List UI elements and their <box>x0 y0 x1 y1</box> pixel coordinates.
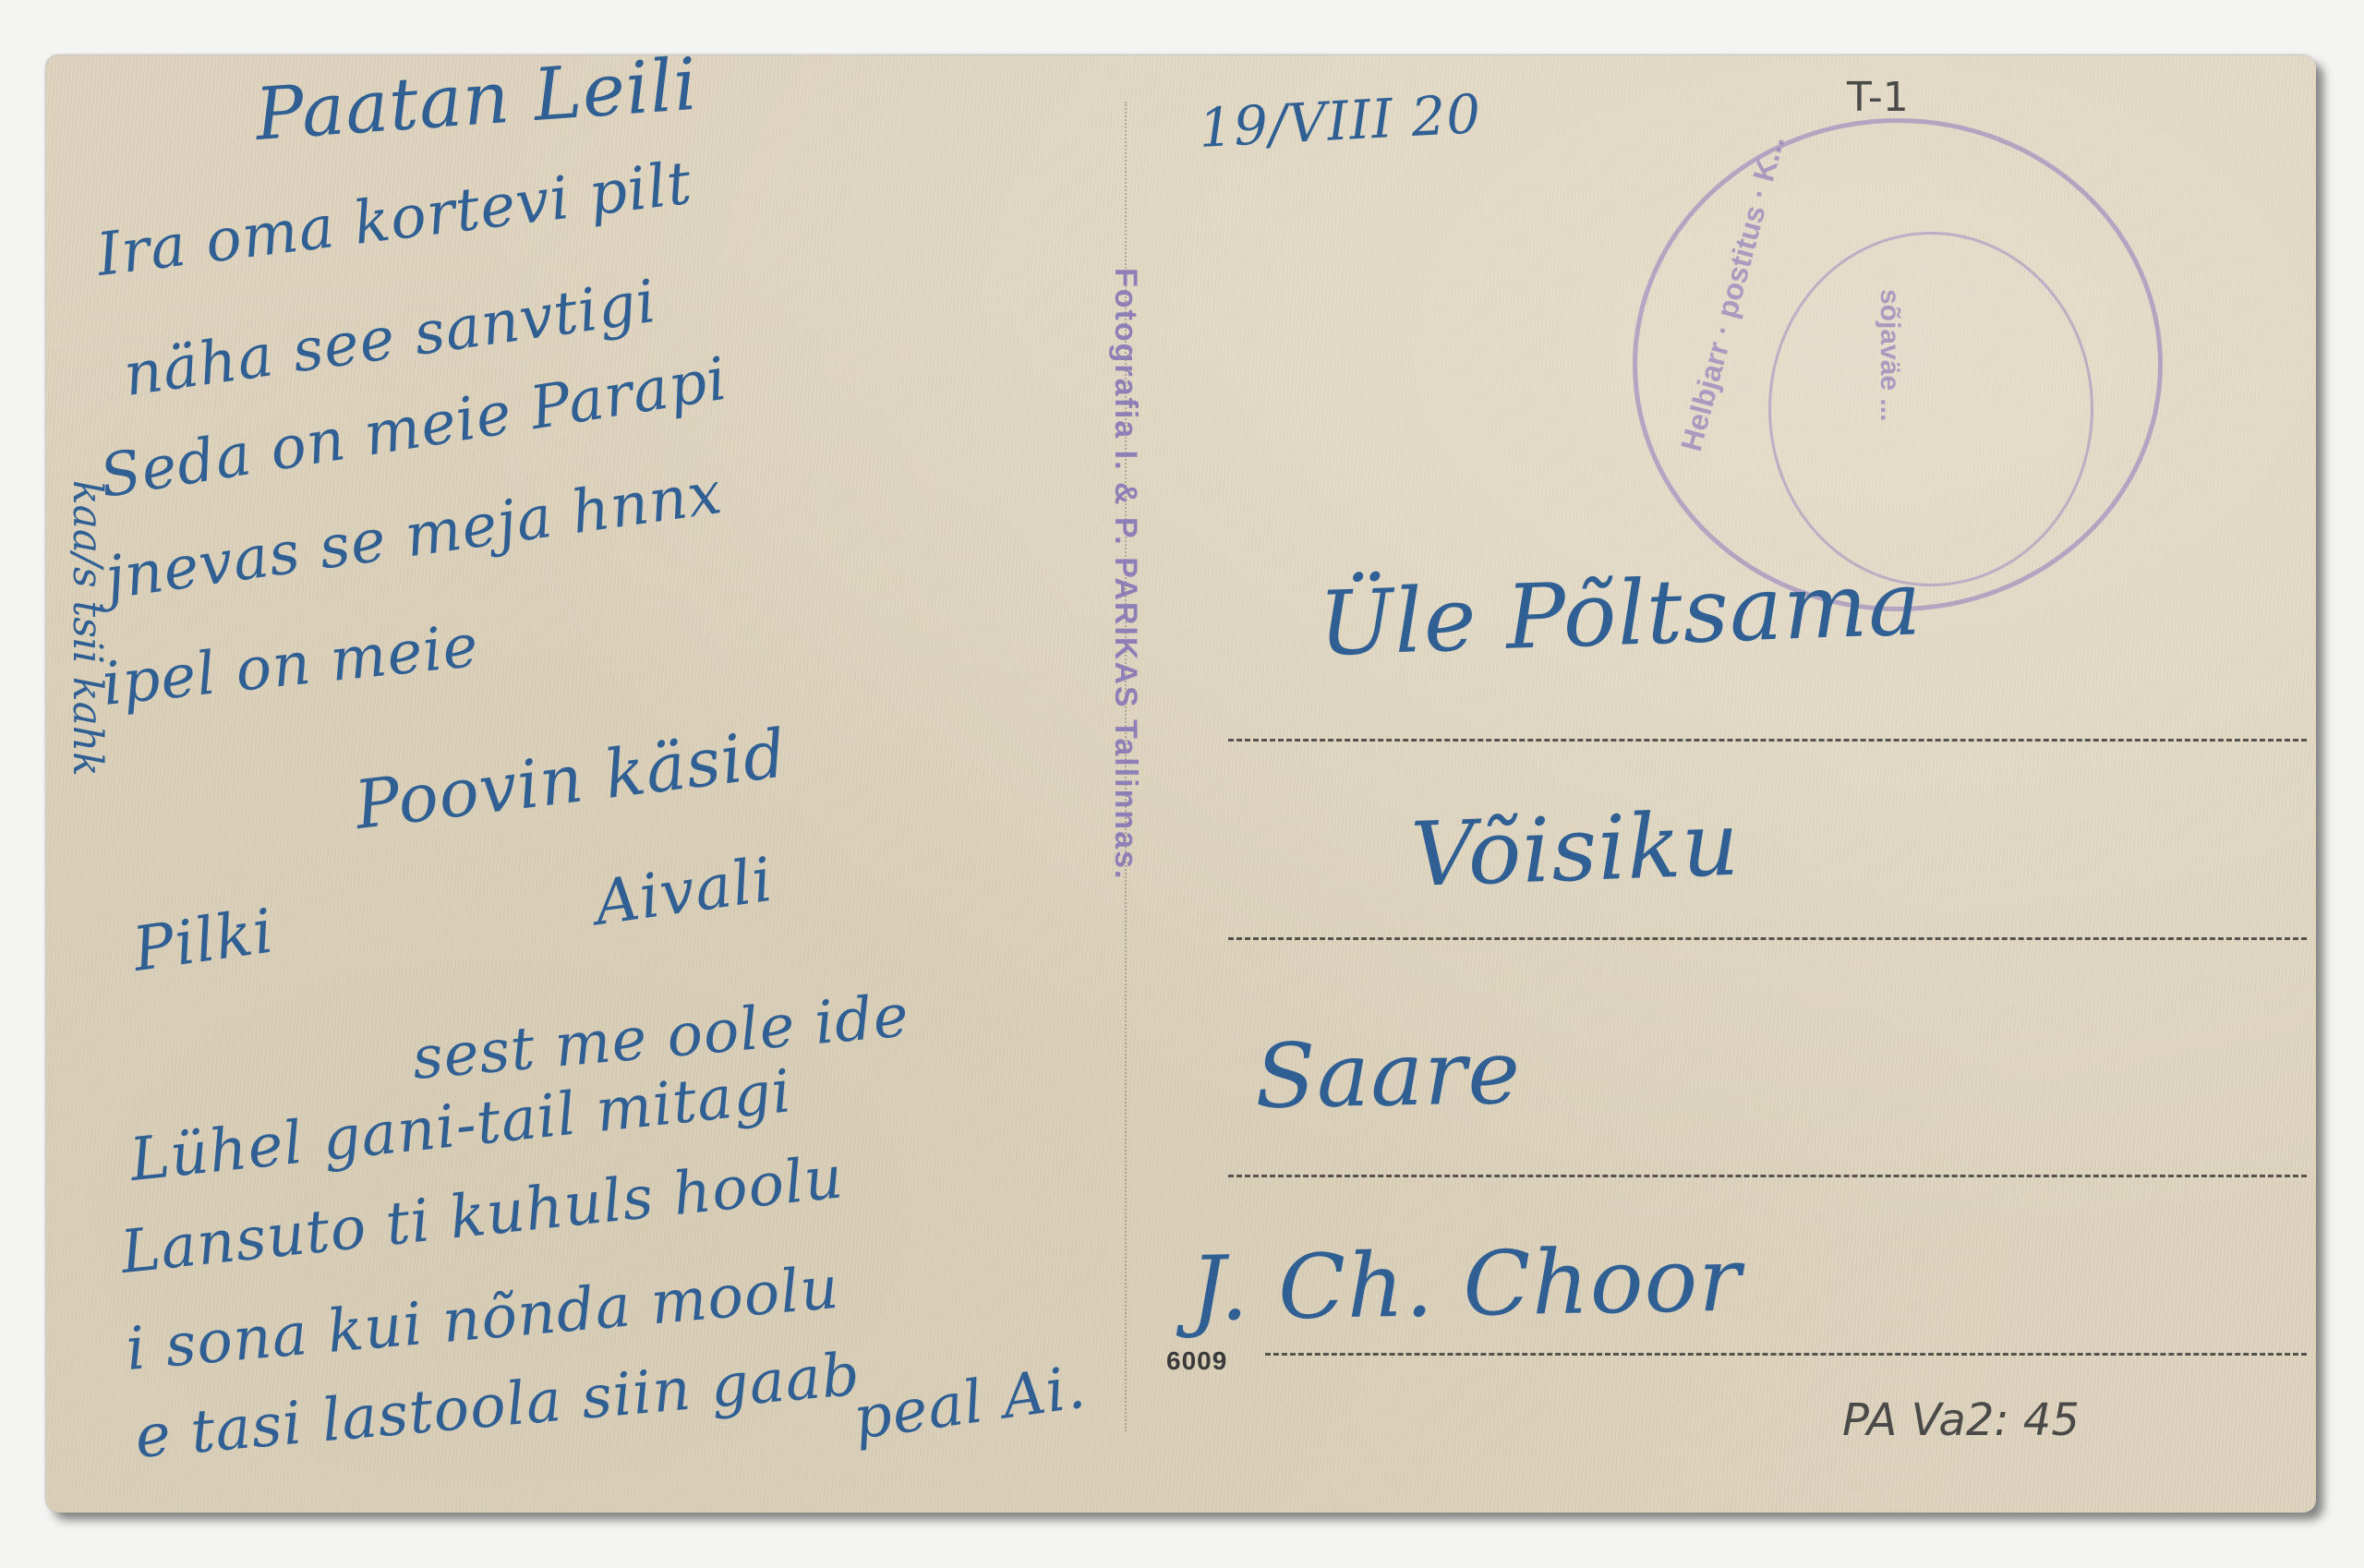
postmark-inner-ring <box>1768 232 2093 586</box>
address-rule <box>1228 937 2307 940</box>
print-number: 6009 <box>1166 1346 1227 1376</box>
postmark-stamp: Helbjarr · postitus · K... sõjaväe ... <box>1633 118 2163 611</box>
message-line: Ira oma kortevi pilt <box>93 150 695 290</box>
signature-right: Aivali <box>590 844 777 939</box>
postmark-inner-text: sõjaväe ... <box>1874 289 1905 421</box>
margin-note-vertical: kaa/s tsii kahk <box>64 480 111 777</box>
address-rule <box>1228 1175 2307 1177</box>
address-rule <box>1265 1353 2307 1356</box>
address-line-1: Üle Põltsama <box>1317 551 1924 676</box>
archive-number: PA Va2: 45 <box>1842 1394 2080 1446</box>
signature-left: Pilki <box>128 895 278 985</box>
message-line: ipel on meie <box>99 612 482 719</box>
message-greeting: Paatan Leili <box>253 43 701 157</box>
message-closing: Poovin käsid <box>351 714 791 844</box>
address-line-4: J. Ch. Choor <box>1189 1228 1743 1341</box>
address-rule <box>1228 739 2307 742</box>
address-line-2: Võisiku <box>1409 792 1742 907</box>
date: 19/VIII 20 <box>1197 82 1482 160</box>
pencil-note-top: T-1 <box>1847 74 1909 121</box>
postscript-end: peal Ai. <box>850 1354 1091 1453</box>
publisher-imprint: Fotografia I. & P. PARIKAS Tallinnas. <box>1107 268 1143 880</box>
postcard-back: Paatan Leili Ira oma kortevi pilt näha s… <box>46 55 2316 1513</box>
address-line-3: Saare <box>1254 1020 1522 1128</box>
